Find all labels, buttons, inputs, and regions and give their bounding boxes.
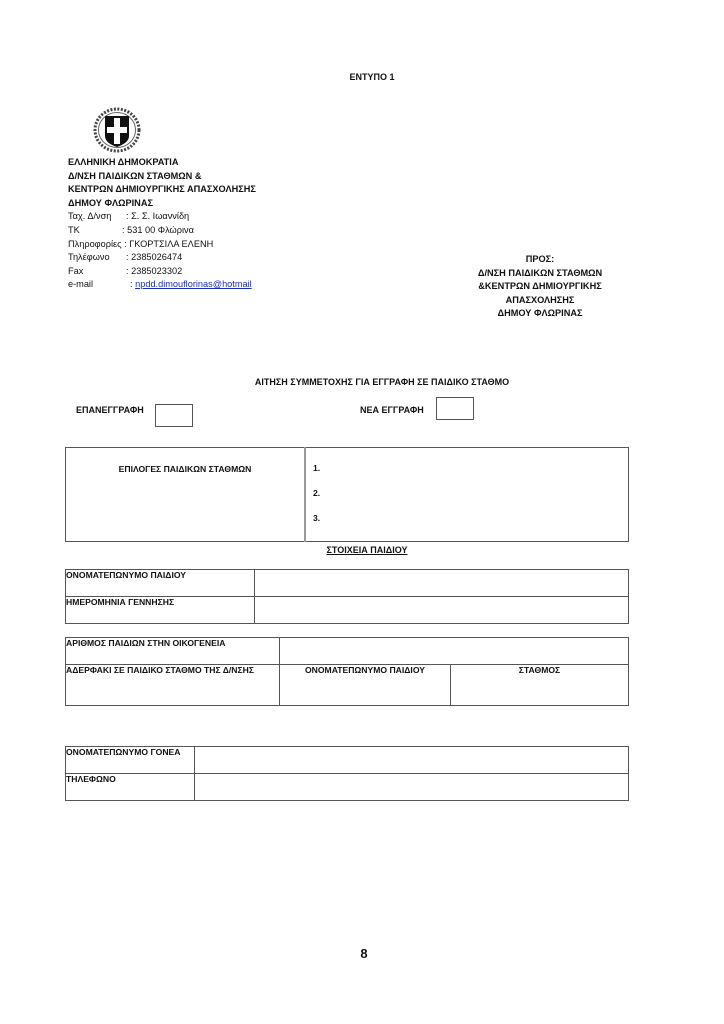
phone-label: Τηλέφωνο (68, 251, 126, 265)
new-registration-checkbox[interactable] (436, 397, 474, 420)
postcode-row: ΤΚ: 531 00 Φλώρινα (68, 224, 256, 238)
recipient-line: Δ/ΝΣΗ ΠΑΙΔΙΚΩΝ ΣΤΑΘΜΩΝ (440, 267, 640, 281)
parent-name-label: ΟΝΟΜΑΤΕΠΩΝΥΜΟ ΓΟΝΕΑ (66, 747, 195, 774)
sender-line: ΚΕΝΤΡΩΝ ΔΗΜΙΟΥΡΓΙΚΗΣ ΑΠΑΣΧΟΛΗΣΗΣ (68, 183, 256, 197)
recipient-line: ΑΠΑΣΧΟΛΗΣΗΣ (440, 294, 640, 308)
re-registration-checkbox[interactable] (155, 404, 193, 427)
address-value: : Σ. Σ. Ιωαννίδη (126, 211, 189, 221)
station-choices-table: ΕΠΙΛΟΓΕΣ ΠΑΙΔΙΚΩΝ ΣΤΑΘΜΩΝ 1. 2. 3. (65, 447, 629, 542)
sender-block: ΕΛΛΗΝΙΚΗ ΔΗΜΟΚΡΑΤΙΑ Δ/ΝΣΗ ΠΑΙΔΙΚΩΝ ΣΤΑΘΜ… (68, 156, 256, 292)
recipient-line: ΔΗΜΟΥ ΦΛΩΡΙΝΑΣ (440, 307, 640, 321)
child-name-label: ΟΝΟΜΑΤΕΠΩΝΥΜΟ ΠΑΙΔΙΟΥ (66, 570, 255, 597)
sender-line: ΔΗΜΟΥ ΦΛΩΡΙΝΑΣ (68, 197, 256, 211)
recipient-block: ΠΡΟΣ: Δ/ΝΣΗ ΠΑΙΔΙΚΩΝ ΣΤΑΘΜΩΝ &ΚΕΝΤΡΩΝ ΔΗ… (440, 253, 640, 321)
postcode-value: : 531 00 Φλώρινα (122, 225, 194, 235)
parent-table: ΟΝΟΜΑΤΕΠΩΝΥΜΟ ΓΟΝΕΑ ΤΗΛΕΦΩΝΟ (65, 746, 629, 801)
recipient-line: ΠΡΟΣ: (440, 253, 640, 267)
fax-label: Fax (68, 265, 126, 279)
fax-value: : 2385023302 (126, 266, 182, 276)
birth-date-label: ΗΜΕΡΟΜΗΝΙΑ ΓΕΝΝΗΣΗΣ (66, 597, 255, 624)
parent-phone-label: ΤΗΛΕΦΩΝΟ (66, 774, 195, 801)
sender-line: Δ/ΝΣΗ ΠΑΙΔΙΚΩΝ ΣΤΑΘΜΩΝ & (68, 170, 256, 184)
page-number: 8 (0, 946, 724, 961)
form-code: ΕΝΤΥΠΟ 1 (0, 72, 724, 82)
sender-line: ΕΛΛΗΝΙΚΗ ΔΗΜΟΚΡΑΤΙΑ (68, 156, 256, 170)
email-link[interactable]: npdd.dimouflorinas@hotmail (135, 279, 252, 289)
new-registration-label: ΝΕΑ ΕΓΓΡΑΦΗ (360, 405, 424, 415)
email-label: e-mail (68, 278, 130, 292)
station-choice-2[interactable]: 2. (306, 481, 628, 506)
station-choices-label: ΕΠΙΛΟΓΕΣ ΠΑΙΔΙΚΩΝ ΣΤΑΘΜΩΝ (66, 448, 306, 542)
address-row: Ταχ. Δ/νση: Σ. Σ. Ιωαννίδη (68, 210, 256, 224)
child-section-heading: ΣΤΟΙΧΕΙΑ ΠΑΙΔΙΟΥ (0, 545, 724, 555)
application-title: ΑΙΤΗΣΗ ΣΥΜΜΕΤΟΧΗΣ ΓΙΑ ΕΓΓΡΑΦΗ ΣΕ ΠΑΙΔΙΚΟ… (0, 377, 724, 387)
station-choice-3[interactable]: 3. (306, 506, 628, 531)
postcode-label: ΤΚ (68, 224, 122, 238)
children-count-field[interactable] (280, 638, 629, 665)
phone-value: : 2385026474 (126, 252, 182, 262)
recipient-line: &ΚΕΝΤΡΩΝ ΔΗΜΙΟΥΡΓΙΚΗΣ (440, 280, 640, 294)
parent-name-field[interactable] (195, 747, 629, 774)
birth-date-field[interactable] (255, 597, 629, 624)
station-choice-1[interactable]: 1. (306, 456, 628, 481)
children-count-label: ΑΡΙΘΜΟΣ ΠΑΙΔΙΩΝ ΣΤΗΝ ΟΙΚΟΓΕΝΕΙΑ (66, 638, 280, 665)
sibling-name-header[interactable]: ΟΝΟΜΑΤΕΠΩΝΥΜΟ ΠΑΙΔΙΟΥ (280, 665, 451, 706)
parent-phone-field[interactable] (195, 774, 629, 801)
fax-row: Fax: 2385023302 (68, 265, 256, 279)
child-details-table: ΟΝΟΜΑΤΕΠΩΝΥΜΟ ΠΑΙΔΙΟΥ ΗΜΕΡΟΜΗΝΙΑ ΓΕΝΝΗΣΗ… (65, 569, 629, 624)
info-value: : ΓΚΟΡΤΣΙΛΑ ΕΛΕΝΗ (124, 239, 213, 249)
sibling-station-header[interactable]: ΣΤΑΘΜΟΣ (451, 665, 629, 706)
family-table: ΑΡΙΘΜΟΣ ΠΑΙΔΙΩΝ ΣΤΗΝ ΟΙΚΟΓΕΝΕΙΑ ΑΔΕΡΦΑΚΙ… (65, 637, 629, 706)
phone-row: Τηλέφωνο: 2385026474 (68, 251, 256, 265)
re-registration-label: ΕΠΑΝΕΓΓΡΑΦΗ (76, 405, 144, 415)
sibling-label: ΑΔΕΡΦΑΚΙ ΣΕ ΠΑΙΔΙΚΟ ΣΤΑΘΜΟ ΤΗΣ Δ/ΝΣΗΣ (66, 665, 280, 706)
info-label: Πληροφορίες (68, 239, 122, 249)
email-row: e-mail: npdd.dimouflorinas@hotmail (68, 278, 256, 292)
coat-of-arms-icon (93, 107, 141, 155)
address-label: Ταχ. Δ/νση (68, 210, 126, 224)
station-choices-cell: 1. 2. 3. (305, 448, 629, 542)
info-row: Πληροφορίες : ΓΚΟΡΤΣΙΛΑ ΕΛΕΝΗ (68, 238, 256, 252)
child-name-field[interactable] (255, 570, 629, 597)
